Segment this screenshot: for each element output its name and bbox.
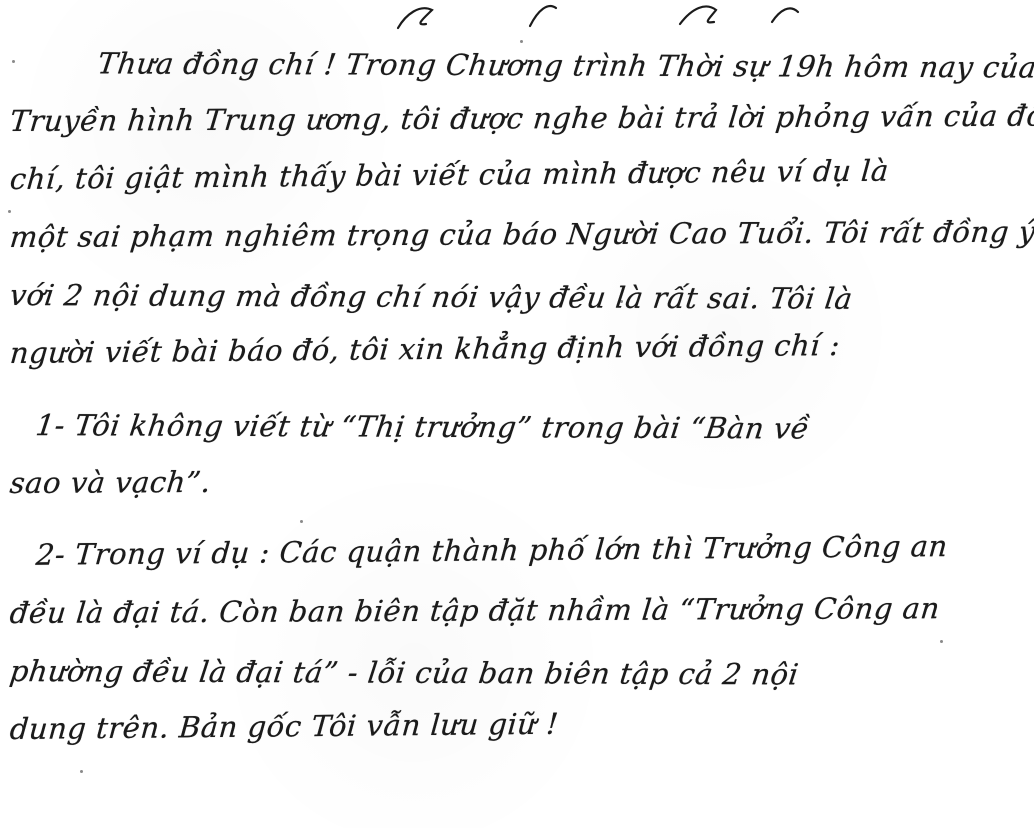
scanned-letter-page: Thưa đồng chí ! Trong Chương trình Thời … xyxy=(0,0,1034,828)
letter-body: Thưa đồng chí ! Trong Chương trình Thời … xyxy=(10,34,1030,758)
letter-line-item-2: 2- Trong ví dụ : Các quận thành phố lớn … xyxy=(8,516,1033,584)
letter-line: đều là đại tá. Còn ban biên tập đặt nhầm… xyxy=(7,579,1033,642)
scan-noise-speck xyxy=(80,770,83,773)
cutoff-stroke-fragments xyxy=(380,0,800,30)
letter-line: chí, tôi giật mình thấy bài viết của mìn… xyxy=(8,140,1033,208)
letter-line: một sai phạm nghiêm trọng của báo Người … xyxy=(7,203,1033,266)
letter-line: dung trên. Bản gốc Tôi vẫn lưu giữ ! xyxy=(8,690,1033,758)
letter-line: Truyền hình Trung ương, tôi được nghe bà… xyxy=(7,87,1033,150)
letter-line: người viết bài báo đó, tôi xin khẳng địn… xyxy=(8,314,1033,382)
letter-line: sao và vạch”. xyxy=(7,449,1033,512)
